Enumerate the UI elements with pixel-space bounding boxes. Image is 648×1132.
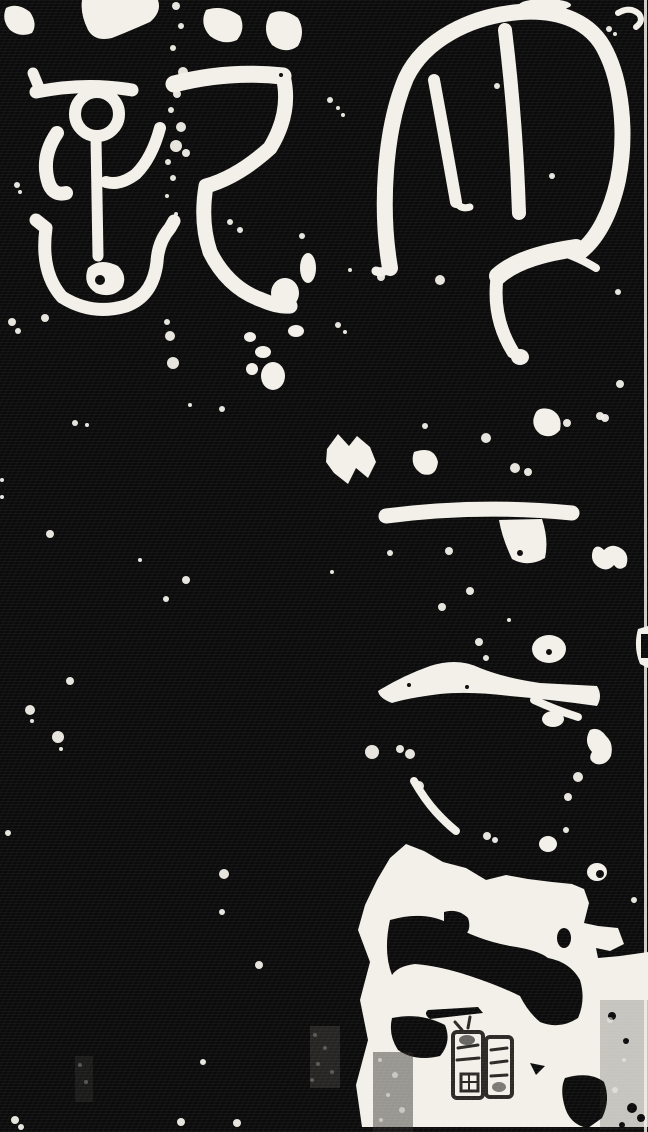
stone-speckle	[0, 495, 4, 499]
stone-speckle	[177, 1118, 185, 1126]
stone-speckle	[200, 1059, 206, 1065]
stone-speckle	[414, 781, 424, 791]
stone-speckle	[165, 331, 175, 341]
dark-pit	[637, 1114, 645, 1122]
rubbing-artwork	[0, 0, 648, 1132]
oval-tail-tip	[511, 349, 529, 365]
grain-highlight	[612, 1087, 618, 1093]
stone-speckle	[46, 530, 54, 538]
stone-speckle	[601, 414, 609, 422]
stone-speckle	[606, 26, 612, 32]
stone-speckle	[563, 419, 571, 427]
seal-right-mark-3	[491, 1075, 507, 1076]
stone-speckle	[219, 869, 229, 879]
stone-speckle	[631, 897, 637, 903]
grain-dot	[330, 1070, 334, 1074]
seal-right-smudge	[492, 1082, 506, 1092]
grain-highlight	[378, 1058, 382, 1062]
stone-speckle	[348, 268, 352, 272]
stone-speckle	[475, 638, 483, 646]
stone-speckle	[405, 749, 415, 759]
stone-speckle	[507, 618, 511, 622]
stone-speckle	[167, 357, 179, 369]
grain-dot	[313, 1033, 317, 1037]
stone-speckle	[85, 423, 89, 427]
dark-pit	[627, 1103, 637, 1113]
stone-speckle	[299, 233, 305, 239]
dark-pit	[407, 683, 411, 687]
stone-speckle	[237, 227, 243, 233]
stone-speckle	[18, 190, 22, 194]
stone-speckle	[188, 403, 192, 407]
grain-dot	[323, 1046, 327, 1050]
ji-bar-pit	[279, 73, 283, 77]
seal-left-mark-2	[457, 1058, 479, 1060]
stone-speckle	[178, 23, 184, 29]
stone-speckle	[5, 830, 11, 836]
mid-right-blob	[592, 546, 627, 570]
rubbing-page	[0, 0, 648, 1132]
stone-speckle	[445, 547, 453, 555]
grain-highlight	[386, 1093, 390, 1097]
stone-speckle	[14, 182, 20, 188]
stone-speckle	[41, 314, 49, 322]
stone-speckle	[327, 97, 333, 103]
seal-top-tick-2	[468, 1017, 470, 1028]
grain-highlight	[392, 1072, 398, 1078]
stone-speckle	[481, 433, 491, 443]
stone-speckle	[438, 603, 446, 611]
stone-speckle	[30, 719, 34, 723]
stone-speckle	[18, 1124, 24, 1130]
stone-speckle	[172, 2, 180, 10]
stone-speckle	[343, 330, 347, 334]
cluster-blob-5	[288, 325, 304, 337]
stone-speckle	[170, 45, 176, 51]
stone-speckle	[163, 596, 169, 602]
stone-speckle	[483, 655, 489, 661]
patch-notch	[557, 928, 571, 948]
blob-848	[539, 836, 557, 852]
stone-speckle	[72, 420, 78, 426]
stone-speckle	[549, 173, 555, 179]
ji-top-bar-tick	[33, 73, 40, 90]
cluster-blob-1	[244, 332, 256, 342]
dark-pit	[619, 1122, 625, 1128]
stone-speckle	[573, 772, 583, 782]
stone-speckle	[233, 1119, 241, 1127]
stone-speckle	[330, 570, 334, 574]
stone-speckle	[11, 1116, 19, 1124]
stone-speckle	[178, 67, 188, 77]
stone-speckle	[138, 558, 142, 562]
stone-speckle	[336, 106, 340, 110]
cluster-blob-4	[246, 363, 258, 375]
stone-speckle	[611, 197, 617, 203]
stone-speckle	[59, 747, 63, 751]
seal-left-smudge	[459, 1035, 475, 1045]
cluster-blob-2	[255, 346, 271, 358]
grain-highlight	[622, 1058, 626, 1062]
stone-speckle	[396, 745, 404, 753]
stone-speckle	[483, 832, 491, 840]
grain-highlight	[399, 1107, 405, 1113]
stone-speckle	[170, 175, 176, 181]
stone-speckle	[615, 289, 621, 295]
spear-blob	[542, 711, 564, 727]
stone-speckle	[524, 468, 532, 476]
stone-speckle	[219, 909, 225, 915]
stone-speckle	[303, 276, 307, 280]
stone-speckle	[365, 745, 379, 759]
dark-pit	[623, 1038, 629, 1044]
stone-speckle	[15, 328, 21, 334]
grain-dot	[316, 1062, 320, 1066]
stone-speckle	[66, 677, 74, 685]
stone-speckle	[616, 380, 624, 388]
stone-speckle	[492, 837, 498, 843]
stone-speckle	[176, 122, 186, 132]
t-stroke-bar	[386, 509, 572, 516]
round-blob-pit	[546, 649, 552, 655]
stone-speckle	[563, 827, 569, 833]
stone-speckle	[8, 318, 16, 326]
grain-strip-faint	[75, 1056, 93, 1102]
grain-highlight	[607, 1017, 613, 1023]
stone-speckle	[466, 587, 474, 595]
stone-speckle	[564, 793, 572, 801]
stone-speckle	[422, 423, 428, 429]
stone-speckle	[165, 194, 169, 198]
stone-speckle	[341, 113, 345, 117]
stone-speckle	[227, 219, 233, 225]
ji-right-end-blob	[271, 278, 299, 308]
ji-right-bean	[300, 253, 316, 283]
stone-speckle	[0, 478, 4, 482]
stone-speckle	[173, 90, 181, 98]
stone-speckle	[255, 961, 263, 969]
stone-speckle	[377, 273, 385, 281]
ji-right-top-bar	[174, 74, 283, 84]
grain-highlight	[379, 1118, 383, 1122]
stone-speckle	[494, 83, 500, 89]
stone-speckle	[165, 159, 171, 165]
stone-speckle	[170, 140, 182, 152]
seal-right-mark-2	[491, 1061, 507, 1063]
stone-speckle	[219, 406, 225, 412]
stone-speckle	[25, 705, 35, 715]
stone-speckle	[613, 32, 617, 36]
page-edge-line	[644, 0, 647, 1132]
dark-pit	[465, 685, 469, 689]
grain-dot	[310, 1078, 314, 1082]
stone-speckle	[164, 319, 170, 325]
t-descender-pit	[517, 550, 523, 556]
ji-stem	[96, 138, 98, 256]
grain-dot	[84, 1080, 88, 1084]
stone-speckle	[335, 322, 341, 328]
stone-speckle	[174, 212, 178, 216]
stone-speckle	[182, 149, 190, 157]
stone-speckle	[435, 275, 445, 285]
cluster-blob-3	[261, 362, 285, 390]
stone-speckle	[52, 731, 64, 743]
stone-speckle	[168, 107, 174, 113]
ji-cup-inner-pit	[95, 275, 105, 285]
stone-speckle	[387, 550, 393, 556]
c-blob-pit	[596, 870, 604, 878]
grain-dot	[78, 1063, 82, 1067]
stone-speckle	[182, 576, 190, 584]
page-edge-notch	[641, 634, 648, 658]
stone-speckle	[510, 463, 520, 473]
seal-right-mark-1	[491, 1048, 507, 1050]
